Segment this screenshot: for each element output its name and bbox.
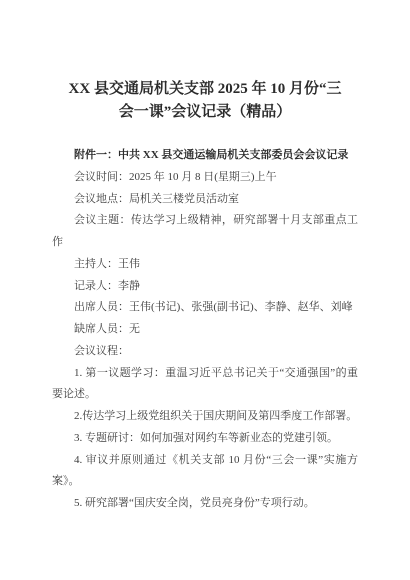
agenda-item-4: 4. 审议并原则通过《机关支部 10 月份“三会一课”实施方案》。 — [52, 450, 358, 494]
document-body: 附件一：中共 XX 县交通运输局机关支部委员会会议记录 会议时间：2025 年 … — [52, 145, 358, 515]
meeting-place-line: 会议地点：局机关三楼党员活动室 — [52, 189, 358, 211]
meeting-topic-line: 会议主题：传达学习上级精神，研究部署十月支部重点工作 — [52, 210, 358, 254]
host-line: 主持人：王伟 — [52, 254, 358, 276]
agenda-item-5: 5. 研究部署“国庆安全岗，党员亮身份”专项行动。 — [52, 493, 358, 515]
attachment-heading: 附件一：中共 XX 县交通运输局机关支部委员会会议记录 — [52, 145, 358, 167]
agenda-item-1: 1. 第一议题学习：重温习近平总书记关于“交通强国”的重要论述。 — [52, 363, 358, 407]
meeting-time-line: 会议时间：2025 年 10 月 8 日(星期三)上午 — [52, 167, 358, 189]
agenda-heading: 会议议程： — [52, 341, 358, 363]
document-title: XX 县交通局机关支部 2025 年 10 月份“三会一课”会议记录（精品） — [64, 78, 346, 124]
agenda-item-2: 2.传达学习上级党组织关于国庆期间及第四季度工作部署。 — [52, 406, 358, 428]
document-page: XX 县交通局机关支部 2025 年 10 月份“三会一课”会议记录（精品） 附… — [0, 0, 410, 580]
agenda-item-3: 3. 专题研讨：如何加强对网约车等新业态的党建引领。 — [52, 428, 358, 450]
absentees-line: 缺席人员：无 — [52, 319, 358, 341]
recorder-line: 记录人：李静 — [52, 276, 358, 298]
attendees-line: 出席人员：王伟(书记)、张强(副书记)、李静、赵华、刘峰 — [52, 297, 358, 319]
